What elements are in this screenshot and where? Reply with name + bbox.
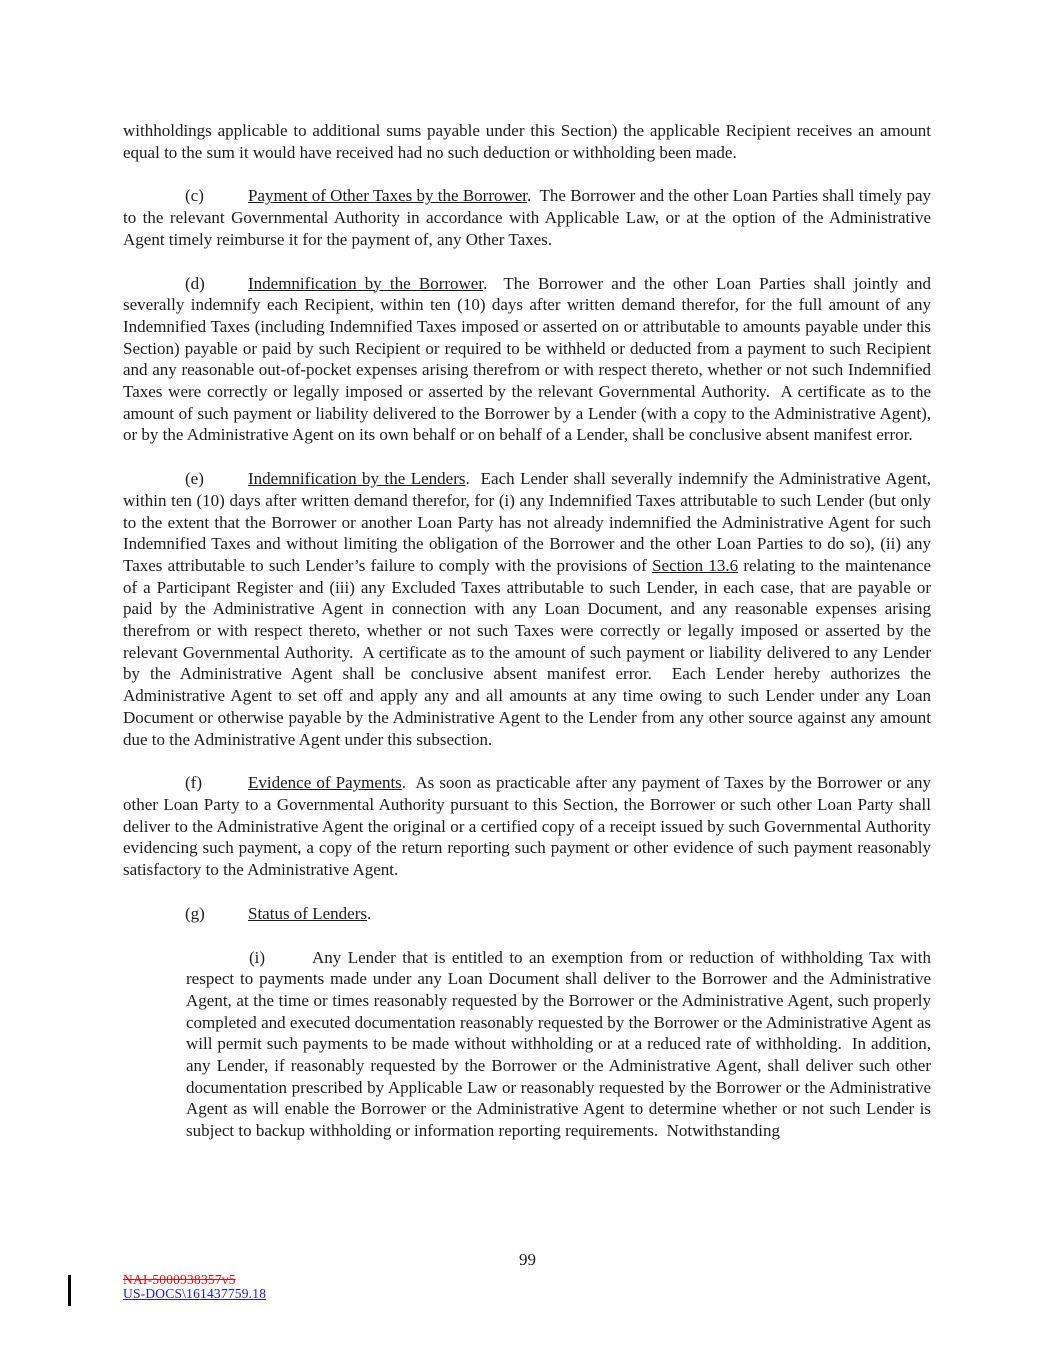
footer-current-doc-id: US-DOCS\161437759.18: [123, 1287, 266, 1301]
document-content: withholdings applicable to additional su…: [123, 120, 931, 1142]
paragraph-label: (e): [185, 468, 248, 490]
section-ref-13-6: Section 13.6: [652, 556, 738, 575]
heading-evidence-of-payments: Evidence of Payments: [248, 773, 402, 792]
text-run: withholdings applicable to additional su…: [123, 121, 931, 162]
paragraph-label: (c): [185, 185, 248, 207]
paragraph-label: (i): [249, 947, 312, 969]
document-footer: NAI-5000938357v5 US-DOCS\161437759.18: [123, 1273, 266, 1301]
paragraph-label: (d): [185, 273, 248, 295]
paragraph-d: (d)Indemnification by the Borrower. The …: [123, 273, 931, 447]
heading-indemnification-by-lenders: Indemnification by the Lenders: [248, 469, 465, 488]
footer-deleted-doc-id: NAI-5000938357v5: [123, 1273, 266, 1287]
paragraph-c: (c)Payment of Other Taxes by the Borrowe…: [123, 185, 931, 250]
text-run: relating to the maintenance of a Partici…: [123, 556, 931, 749]
text-run: . The Borrower and the other Loan Partie…: [123, 274, 931, 445]
paragraph-continuation: withholdings applicable to additional su…: [123, 120, 931, 163]
document-page: withholdings applicable to additional su…: [0, 0, 1055, 1365]
paragraph-g-i: (i)Any Lender that is entitled to an exe…: [186, 947, 931, 1142]
text-run: .: [367, 904, 371, 923]
heading-indemnification-by-borrower: Indemnification by the Borrower: [248, 274, 483, 293]
text-run: Any Lender that is entitled to an exempt…: [186, 948, 931, 1141]
heading-payment-of-other-taxes: Payment of Other Taxes by the Borrower: [248, 186, 527, 205]
revision-change-bar: [68, 1275, 71, 1306]
heading-status-of-lenders: Status of Lenders: [248, 904, 367, 923]
page-number: 99: [0, 1250, 1055, 1270]
paragraph-label: (f): [185, 772, 248, 794]
paragraph-e: (e)Indemnification by the Lenders. Each …: [123, 468, 931, 750]
paragraph-g: (g)Status of Lenders.: [123, 903, 931, 925]
paragraph-label: (g): [185, 903, 248, 925]
paragraph-f: (f)Evidence of Payments. As soon as prac…: [123, 772, 931, 881]
